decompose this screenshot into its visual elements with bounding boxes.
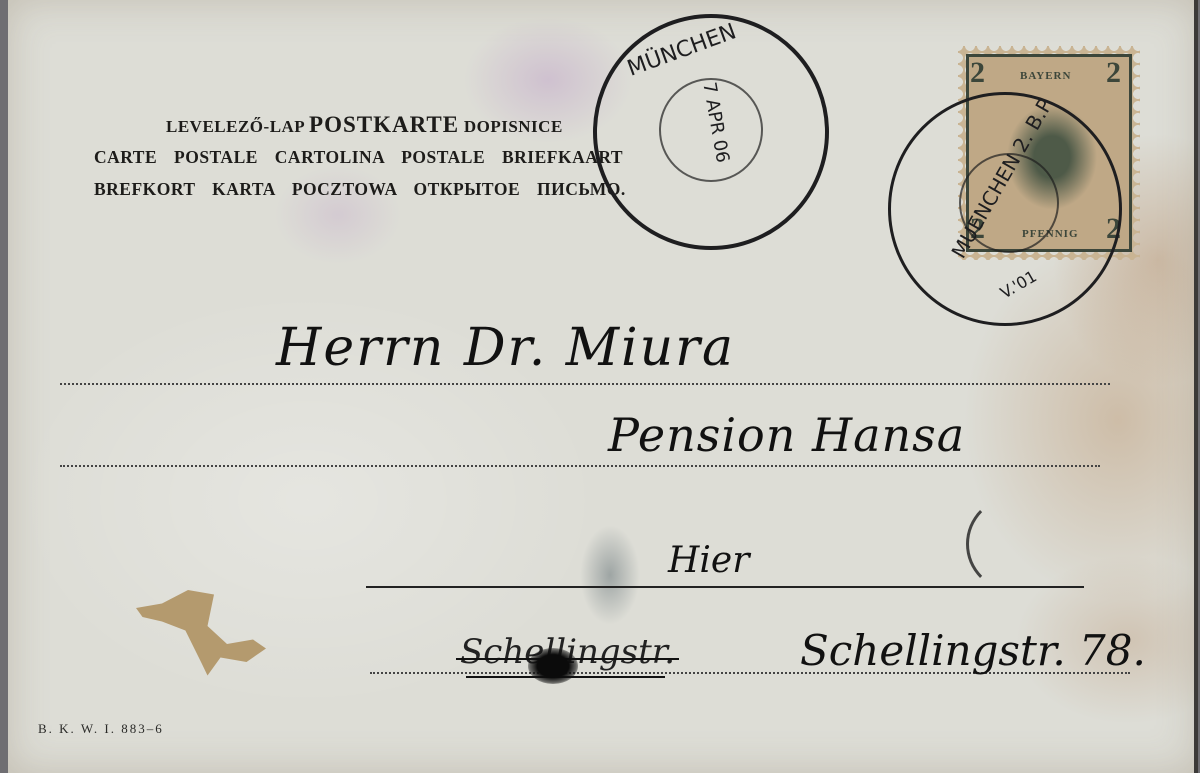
header-postkarte: POSTKARTE [309, 112, 459, 137]
address-line-2-rule [60, 465, 1100, 467]
header-levelezo-lap: LEVELEZŐ-LAP [166, 117, 304, 136]
address-pension: Pension Hansa [608, 408, 965, 462]
postmark-city-text: MÜNCHEN [624, 19, 739, 81]
address-line-1-rule [60, 383, 1110, 385]
cancel-postmark: MUENCHEN 2. B.P. V.'01 [888, 92, 1122, 326]
stamp-denomination-top-left: 2 [970, 56, 985, 90]
header-karta-pocztowa: KARTA POCZTOWA [212, 179, 397, 199]
card-edge [1194, 0, 1198, 773]
paper-loss-stain [136, 590, 266, 680]
address-street: Schellingstr. 78. [800, 626, 1146, 675]
stamp-denomination-top-right: 2 [1106, 56, 1121, 90]
header-brefkort: BREFKORT [94, 179, 195, 199]
address-line-3-rule [366, 586, 1084, 588]
header-cartolina-postale: CARTOLINA POSTALE [275, 147, 485, 167]
address-city: Hier [668, 540, 749, 581]
partial-postmark [966, 496, 1062, 592]
printer-imprint: B. K. W. I. 883–6 [38, 721, 164, 737]
header-carte-postale: CARTE POSTALE [94, 147, 258, 167]
stamp-country: BAYERN [1020, 70, 1071, 82]
ink-blot [528, 648, 578, 684]
printed-header-line-1: LEVELEZŐ-LAP POSTKARTE DOPISNICE [166, 112, 563, 138]
postcard: LEVELEZŐ-LAP POSTKARTE DOPISNICE CARTE P… [8, 0, 1198, 773]
postmark-date: V.'01 [997, 267, 1040, 303]
printed-header-line-3: BREFKORT KARTA POCZTOWA ОТКРЫТОЕ ПИСЬМО. [94, 179, 626, 200]
receiving-postmark: MÜNCHEN 7 APR 06 [593, 14, 829, 250]
address-recipient: Herrn Dr. Miura [276, 318, 735, 378]
printed-header-line-2: CARTE POSTALE CARTOLINA POSTALE BRIEFKAA… [94, 147, 623, 168]
header-otkrytoe-pismo: ОТКРЫТОЕ ПИСЬМО. [414, 179, 626, 199]
ink-smudge [580, 525, 640, 625]
header-dopisnice: DOPISNICE [464, 117, 563, 136]
